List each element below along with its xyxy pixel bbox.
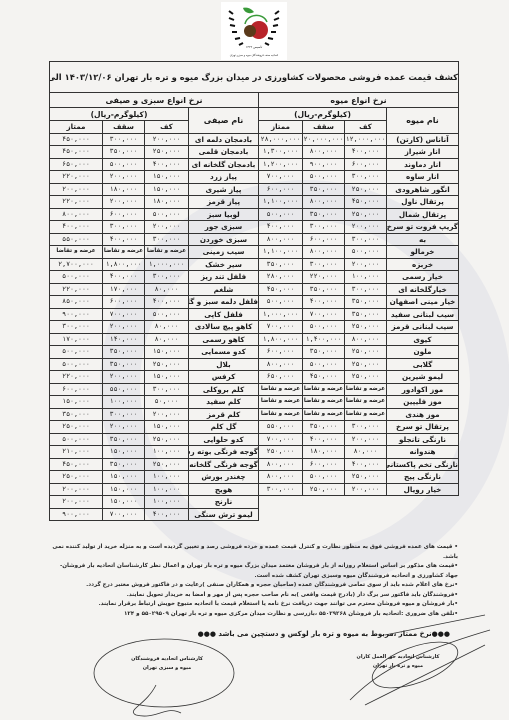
fruit-name-cell: خرمالو — [387, 246, 459, 259]
table-row: موز فلیپینعرضه و تقاضاعرضه و تقاضاعرضه و… — [50, 396, 459, 409]
table-row: پرتقال ناول۴۵۰,۰۰۰۸۰۰,۰۰۰۱,۱۰۰,۰۰۰پیاز ق… — [50, 196, 459, 209]
fruit-name-cell: گریپ فروت تو سرخ — [387, 221, 459, 234]
footnote-line: •نرخ های اعلام شده باید از سوی تمامی فرو… — [48, 581, 458, 591]
fruit-min-cell: ۲۰۰,۰۰۰ — [345, 258, 387, 271]
veg-max-cell: ۶۰۰,۰۰۰ — [103, 296, 145, 309]
fruit-premium-cell: ۸۰۰,۰۰۰ — [259, 233, 303, 246]
fruit-min-cell: ۳۰۰,۰۰۰ — [345, 171, 387, 184]
veg-name-cell: بادمجان قلمی — [189, 146, 259, 159]
fruit-min-cell: ۲۵۰,۰۰۰ — [345, 471, 387, 484]
fruit-min-cell: ۴۵۰,۰۰۰ — [345, 196, 387, 209]
veg-min-cell: ۲۵۰,۰۰۰ — [145, 458, 189, 471]
veg-min-cell: ۳۰۰,۰۰۰ — [145, 233, 189, 246]
veg-max-cell: ۴۰۰,۰۰۰ — [103, 233, 145, 246]
veg-name-cell: گوجه فرنگی بوته رس — [189, 446, 259, 459]
table-row: آناناس (کارتن)۱۲,۰۰۰,۰۰۰۲۰,۰۰۰,۰۰۰۲۸,۰۰۰… — [50, 133, 459, 146]
fruit-premium-cell: ۶۵۰,۰۰۰ — [259, 371, 303, 384]
footnote-line: • قیمت های عمده فروشی فوق به منظور نظارت… — [48, 543, 458, 562]
veg-name-cell: کلم قرمز — [189, 408, 259, 421]
veg-premium-cell: ۲۲۰,۰۰۰ — [50, 196, 103, 209]
table-row: خرمالو۵۰۰,۰۰۰۸۰۰,۰۰۰۱,۱۰۰,۰۰۰سیب زمینیعر… — [50, 246, 459, 259]
footnote-line: •فروشندگان باید فاکتور سر برگ دار (بادرج… — [48, 591, 458, 601]
veg-col-max: سقف — [103, 121, 145, 134]
veg-name-cell: پیاز زرد — [189, 171, 259, 184]
fruit-name-cell: آناناس (کارتن) — [387, 133, 459, 146]
veg-min-cell: ۸۰,۰۰۰ — [145, 333, 189, 346]
table-row: خربزه۲۰۰,۰۰۰۳۰۰,۰۰۰۳۵۰,۰۰۰سیر خشک۱,۰۰۰,۰… — [50, 258, 459, 271]
veg-max-cell: ۵۵۰,۰۰۰ — [103, 383, 145, 396]
fruit-name-cell: موز فلیپین — [387, 396, 459, 409]
veg-name-cell: پیاز قرمز — [189, 196, 259, 209]
fruit-name-cell: ملون — [387, 346, 459, 359]
page-title: کشف قیمت عمده فروشی محصولات کشاورزی در م… — [50, 62, 459, 93]
veg-premium-cell: ۲۲۰,۰۰۰ — [50, 283, 103, 296]
fruit-premium-cell: ۵۵۰,۰۰۰ — [259, 421, 303, 434]
fruit-premium-cell: عرضه و تقاضا — [259, 396, 303, 409]
veg-name-cell: هویج — [189, 483, 259, 496]
veg-max-cell: ۷۰۰,۰۰۰ — [103, 508, 145, 521]
fruit-premium-cell: عرضه و تقاضا — [259, 408, 303, 421]
footnote-line: •تلفن های ضروری :اتحادیه بار فروشان ۵۵۰۲… — [48, 610, 458, 620]
fruit-premium-cell: ۱,۸۰۰,۰۰۰ — [259, 333, 303, 346]
veg-premium-cell: ۵۰۰,۰۰۰ — [50, 271, 103, 284]
veg-premium-cell: ۴۰۰,۰۰۰ — [50, 221, 103, 234]
table-row: کیوی۸۰۰,۰۰۰۱,۴۰۰,۰۰۰۱,۸۰۰,۰۰۰کاهو رسمی۸۰… — [50, 333, 459, 346]
fruit-max-cell: ۳۵۰,۰۰۰ — [303, 346, 345, 359]
fruit-max-cell: ۵۰۰,۰۰۰ — [303, 358, 345, 371]
empty-cell — [303, 496, 345, 509]
veg-max-cell: ۲۰۰,۰۰۰ — [103, 421, 145, 434]
veg-name-cell: سیر خشک — [189, 258, 259, 271]
fruit-name-cell: انار ساوه — [387, 171, 459, 184]
veg-name-cell: بادمجان دلمه ای — [189, 133, 259, 146]
fruit-max-cell: ۲۰,۰۰۰,۰۰۰ — [303, 133, 345, 146]
fruit-name-cell: انار دماوند — [387, 158, 459, 171]
veg-premium-cell: ۲۵۰,۰۰۰ — [50, 471, 103, 484]
fruit-premium-cell: ۷۰۰,۰۰۰ — [259, 171, 303, 184]
table-row: گریپ فروت تو سرخ۲۰۰,۰۰۰۳۰۰,۰۰۰۴۰۰,۰۰۰سبز… — [50, 221, 459, 234]
fruit-premium-cell: ۳۵۰,۰۰۰ — [259, 258, 303, 271]
fruit-name-cell: موز اکوادور — [387, 383, 459, 396]
veg-section-header: نرخ انواع سبزی و صیفی — [50, 93, 259, 108]
union-logo: تاسیس ۱۳۲۲ اتحادیه صنف فروشندگان میوه و … — [221, 2, 287, 60]
veg-premium-cell: ۲۱۰,۰۰۰ — [50, 446, 103, 459]
fruit-max-cell: عرضه و تقاضا — [303, 396, 345, 409]
fruit-name-cell: هندوانه — [387, 446, 459, 459]
table-row: انار ساوه۳۰۰,۰۰۰۵۰۰,۰۰۰۷۰۰,۰۰۰پیاز زرد۱۵… — [50, 171, 459, 184]
fruit-min-cell: ۳۰۰,۰۰۰ — [345, 283, 387, 296]
empty-cell — [345, 496, 387, 509]
fruit-max-cell: ۸۰۰,۰۰۰ — [303, 146, 345, 159]
veg-premium-cell: ۴۵۰,۰۰۰ — [50, 458, 103, 471]
fruit-name-cell: انار شیراز — [387, 146, 459, 159]
veg-max-cell: ۶۰۰,۰۰۰ — [103, 208, 145, 221]
veg-min-cell: ۳۰۰,۰۰۰ — [145, 383, 189, 396]
fruit-max-cell: عرضه و تقاضا — [303, 408, 345, 421]
veg-name-cell: گل کلم — [189, 421, 259, 434]
veg-name-cell: لوبیا سبز — [189, 208, 259, 221]
veg-premium-cell: عرضه و تقاضا — [50, 246, 103, 259]
veg-premium-cell: ۲۲۰,۰۰۰ — [50, 171, 103, 184]
veg-min-cell: ۲۵۰,۰۰۰ — [145, 358, 189, 371]
veg-col-premium: ممتاز — [50, 121, 103, 134]
veg-max-cell: ۳۵۰,۰۰۰ — [103, 433, 145, 446]
table-row: سیب لبنانی سفید۳۵۰,۰۰۰۷۰۰,۰۰۰۱,۰۰۰,۰۰۰فل… — [50, 308, 459, 321]
veg-max-cell: ۴۰۰,۰۰۰ — [103, 271, 145, 284]
fruit-max-cell: ۳۵۰,۰۰۰ — [303, 208, 345, 221]
fruit-min-cell: ۸۰۰,۰۰۰ — [345, 333, 387, 346]
veg-max-cell: ۲۰۰,۰۰۰ — [103, 371, 145, 384]
fruit-max-cell: ۵۰۰,۰۰۰ — [303, 471, 345, 484]
fruit-min-cell: ۲۰۰,۰۰۰ — [345, 433, 387, 446]
veg-max-cell: ۳۰۰,۰۰۰ — [103, 408, 145, 421]
fruit-max-cell: ۸۰۰,۰۰۰ — [303, 246, 345, 259]
fruit-name-cell: سیب لبنانی سفید — [387, 308, 459, 321]
veg-premium-cell: ۶۵۰,۰۰۰ — [50, 158, 103, 171]
fruit-unit-header: (کیلوگرم-ریال) — [259, 108, 387, 121]
fruit-section-header: نرخ انواع میوه — [259, 93, 459, 108]
veg-max-cell: ۵۰۰,۰۰۰ — [103, 158, 145, 171]
fruit-max-cell: ۳۰۰,۰۰۰ — [303, 258, 345, 271]
table-row: خیار رویال۲۰۰,۰۰۰۲۵۰,۰۰۰۳۰۰,۰۰۰هویج۱۰۰,۰… — [50, 483, 459, 496]
fruit-name-cell: خیار مینی اصفهان — [387, 296, 459, 309]
veg-min-cell: ۵۰۰,۰۰۰ — [145, 308, 189, 321]
veg-min-cell: ۸۰,۰۰۰ — [145, 283, 189, 296]
fruit-col-max: سقف — [303, 121, 345, 134]
veg-max-cell: ۱۵۰,۰۰۰ — [103, 483, 145, 496]
veg-min-cell: عرضه و تقاضا — [145, 246, 189, 259]
veg-name-cell: فلفل کاپی — [189, 308, 259, 321]
veg-premium-cell: ۵۰۰,۰۰۰ — [50, 346, 103, 359]
fruit-min-cell: ۲۵۰,۰۰۰ — [345, 358, 387, 371]
veg-min-cell: ۵۰,۰۰۰ — [145, 396, 189, 409]
fruit-min-cell: ۲۵۰,۰۰۰ — [345, 208, 387, 221]
fruit-name-cell: سیب لبنانی قرمز — [387, 321, 459, 334]
veg-min-cell: ۱۸۰,۰۰۰ — [145, 196, 189, 209]
fruit-name-cell: به — [387, 233, 459, 246]
table-row: گلابی۲۵۰,۰۰۰۵۰۰,۰۰۰۸۰۰,۰۰۰بلال۲۵۰,۰۰۰۳۵۰… — [50, 358, 459, 371]
veg-min-cell: ۱۵۰,۰۰۰ — [145, 371, 189, 384]
veg-premium-cell: ۲۰۰,۰۰۰ — [50, 496, 103, 509]
fruit-min-cell: ۲۵۰,۰۰۰ — [345, 321, 387, 334]
fruit-max-cell: ۸۰۰,۰۰۰ — [303, 196, 345, 209]
table-row: انار دماوند۶۰۰,۰۰۰۹۰۰,۰۰۰۱,۲۰۰,۰۰۰بادمجا… — [50, 158, 459, 171]
fruit-premium-cell: ۱,۱۰۰,۰۰۰ — [259, 196, 303, 209]
veg-premium-cell: ۲۲۰,۰۰۰ — [50, 371, 103, 384]
veg-min-cell: ۲۰۰,۰۰۰ — [145, 408, 189, 421]
table-row: ملون۲۵۰,۰۰۰۳۵۰,۰۰۰۶۰۰,۰۰۰کدو مسمایی۱۵۰,۰… — [50, 346, 459, 359]
veg-name-cell: لیمو ترش سنگی — [189, 508, 259, 521]
fruit-name-cell: پرتقال تو سرخ — [387, 421, 459, 434]
fruit-premium-cell: ۱,۰۰۰,۰۰۰ — [259, 308, 303, 321]
veg-min-cell: ۲۵۰,۰۰۰ — [145, 433, 189, 446]
veg-min-cell: ۱۵۰,۰۰۰ — [145, 183, 189, 196]
veg-max-cell: ۱,۸۰۰,۰۰۰ — [103, 258, 145, 271]
fruit-max-cell: ۶۰۰,۰۰۰ — [303, 458, 345, 471]
fruit-name-cell: کیوی — [387, 333, 459, 346]
fruit-premium-cell: ۶۰۰,۰۰۰ — [259, 346, 303, 359]
veg-name-cell: کلم بروکلی — [189, 383, 259, 396]
fruit-name-cell: خربزه — [387, 258, 459, 271]
fruit-min-cell: ۲۰۰,۰۰۰ — [345, 483, 387, 496]
veg-min-cell: ۲۰۰,۰۰۰ — [145, 221, 189, 234]
table-row: خیار رسمی۱۰۰,۰۰۰۲۲۰,۰۰۰۲۸۰,۰۰۰فلفل تند ر… — [50, 271, 459, 284]
veg-min-cell: ۱۵۰,۰۰۰ — [145, 346, 189, 359]
fruit-min-cell: ۴۰۰,۰۰۰ — [345, 146, 387, 159]
fruit-min-cell: ۶۰۰,۰۰۰ — [345, 158, 387, 171]
fruit-name-cell: خیار رسمی — [387, 271, 459, 284]
veg-min-cell: ۲۰۰,۰۰۰ — [145, 133, 189, 146]
fruit-min-cell: ۸۰,۰۰۰ — [345, 446, 387, 459]
veg-min-cell: ۱۵۰,۰۰۰ — [145, 171, 189, 184]
veg-premium-cell: ۸۰۰,۰۰۰ — [50, 208, 103, 221]
veg-max-cell: ۳۰۰,۰۰۰ — [103, 221, 145, 234]
fruit-premium-cell: ۴۰۰,۰۰۰ — [259, 221, 303, 234]
table-row: موز اکوادورعرضه و تقاضاعرضه و تقاضاعرضه … — [50, 383, 459, 396]
fruit-min-cell: ۲۵۰,۰۰۰ — [345, 371, 387, 384]
veg-max-cell: ۲۰۰,۰۰۰ — [103, 171, 145, 184]
fruit-min-cell: ۲۵۰,۰۰۰ — [345, 183, 387, 196]
fruit-name-column-header: نام میوه — [387, 108, 459, 134]
fruit-name-cell: انگور شاهرودی — [387, 183, 459, 196]
signature-stamp-left-icon — [86, 635, 246, 720]
veg-premium-cell: ۴۵۰,۰۰۰ — [50, 133, 103, 146]
empty-cell — [387, 496, 459, 509]
veg-name-cell: کاهو پیچ سالادی — [189, 321, 259, 334]
fruit-min-cell: ۵۰۰,۰۰۰ — [345, 246, 387, 259]
table-row: سیب لبنانی قرمز۲۵۰,۰۰۰۵۰۰,۰۰۰۷۰۰,۰۰۰کاهو… — [50, 321, 459, 334]
fruit-min-cell: عرضه و تقاضا — [345, 396, 387, 409]
veg-premium-cell: ۲,۷۰۰,۰۰۰ — [50, 258, 103, 271]
veg-name-cell: بلال — [189, 358, 259, 371]
fruit-max-cell: ۳۰۰,۰۰۰ — [303, 221, 345, 234]
fruit-premium-cell: ۶۰۰,۰۰۰ — [259, 183, 303, 196]
fruit-max-cell: ۱,۴۰۰,۰۰۰ — [303, 333, 345, 346]
veg-premium-cell: ۱۷۰,۰۰۰ — [50, 333, 103, 346]
veg-premium-cell: ۹۰۰,۰۰۰ — [50, 508, 103, 521]
veg-premium-cell: ۱۵۰,۰۰۰ — [50, 396, 103, 409]
table-row: خیارگلخانه ای۳۰۰,۰۰۰۳۵۰,۰۰۰۴۵۰,۰۰۰شلغم۸۰… — [50, 283, 459, 296]
veg-max-cell: ۱۵۰,۰۰۰ — [103, 471, 145, 484]
veg-min-cell: ۱,۰۰۰,۰۰۰ — [145, 258, 189, 271]
table-row: هندوانه۸۰,۰۰۰۱۸۰,۰۰۰۲۵۰,۰۰۰گوجه فرنگی بو… — [50, 446, 459, 459]
veg-premium-cell: ۵۰۰,۰۰۰ — [50, 433, 103, 446]
fruit-name-cell: پرتقال ناول — [387, 196, 459, 209]
fruit-max-cell: ۳۵۰,۰۰۰ — [303, 183, 345, 196]
empty-cell — [387, 508, 459, 521]
fruit-max-cell: ۳۵۰,۰۰۰ — [303, 283, 345, 296]
veg-premium-cell: ۲۰۰,۰۰۰ — [50, 183, 103, 196]
empty-cell — [345, 508, 387, 521]
fruit-min-cell: عرضه و تقاضا — [345, 383, 387, 396]
veg-max-cell: ۱۰۰,۰۰۰ — [103, 396, 145, 409]
veg-name-cell: کرفس — [189, 371, 259, 384]
table-row: خیار مینی اصفهان۳۵۰,۰۰۰۴۰۰,۰۰۰۵۰۰,۰۰۰فلف… — [50, 296, 459, 309]
veg-min-cell: ۲۵۰,۰۰۰ — [145, 146, 189, 159]
veg-min-cell: ۱۵۰,۰۰۰ — [145, 421, 189, 434]
fruit-max-cell: ۲۵۰,۰۰۰ — [303, 483, 345, 496]
veg-premium-cell: ۲۵۰,۰۰۰ — [50, 421, 103, 434]
fruit-premium-cell: ۲۵۰,۰۰۰ — [259, 446, 303, 459]
table-row: نارنگی پیج۲۵۰,۰۰۰۵۰۰,۰۰۰۸۰۰,۰۰۰چغندر بور… — [50, 471, 459, 484]
fruit-min-cell: ۴۰۰,۰۰۰ — [345, 458, 387, 471]
fruit-name-cell: خیارگلخانه ای — [387, 283, 459, 296]
veg-premium-cell: ۵۰۰,۰۰۰ — [50, 358, 103, 371]
veg-max-cell: ۱۸۰,۰۰۰ — [103, 183, 145, 196]
veg-unit-header: (کیلوگرم-ریال) — [50, 108, 189, 121]
veg-name-cell: سبزی جور — [189, 221, 259, 234]
veg-name-cell: بادمجان گلخانه ای — [189, 158, 259, 171]
fruit-name-cell: لیمو شیرین — [387, 371, 459, 384]
veg-max-cell: ۳۵۰,۰۰۰ — [103, 346, 145, 359]
fruit-min-cell: ۲۵۰,۰۰۰ — [345, 346, 387, 359]
veg-premium-cell: ۳۰۰,۰۰۰ — [50, 321, 103, 334]
veg-name-cell: نارنج — [189, 496, 259, 509]
veg-max-cell: ۱۴۰,۰۰۰ — [103, 333, 145, 346]
fruit-max-cell: ۳۵۰,۰۰۰ — [303, 421, 345, 434]
veg-max-cell: عرضه و تقاضا — [103, 246, 145, 259]
veg-max-cell: ۳۰۰,۰۰۰ — [103, 133, 145, 146]
veg-name-cell: سیب زمینی — [189, 246, 259, 259]
veg-name-cell: کدو مسمایی — [189, 346, 259, 359]
fruit-min-cell: ۳۵۰,۰۰۰ — [345, 296, 387, 309]
veg-name-cell: شلغم — [189, 283, 259, 296]
table-row: پرتقال شمال۲۵۰,۰۰۰۳۵۰,۰۰۰۵۰۰,۰۰۰لوبیا سب… — [50, 208, 459, 221]
veg-min-cell: ۱۰۰,۰۰۰ — [145, 446, 189, 459]
fruit-max-cell: ۴۵۰,۰۰۰ — [303, 371, 345, 384]
fruit-name-cell: نارنگی تانجلو — [387, 433, 459, 446]
veg-max-cell: ۷۰۰,۰۰۰ — [103, 308, 145, 321]
price-table: کشف قیمت عمده فروشی محصولات کشاورزی در م… — [49, 61, 459, 521]
veg-max-cell: ۳۵۰,۰۰۰ — [103, 458, 145, 471]
table-row: نارنگی تخم پاکستانی۴۰۰,۰۰۰۶۰۰,۰۰۰۸۰۰,۰۰۰… — [50, 458, 459, 471]
veg-name-cell: کلم سفید — [189, 396, 259, 409]
fruit-premium-cell: ۸۰۰,۰۰۰ — [259, 358, 303, 371]
veg-min-cell: ۴۰۰,۰۰۰ — [145, 296, 189, 309]
empty-cell — [303, 508, 345, 521]
laurel-fruit-logo-icon: تاسیس ۱۳۲۲ اتحادیه صنف فروشندگان میوه و … — [221, 2, 287, 60]
veg-name-cell: فلفل تند ریز — [189, 271, 259, 284]
veg-name-cell: فلفل دلمه سبز و گلخانه — [189, 296, 259, 309]
fruit-min-cell: ۳۰۰,۰۰۰ — [345, 421, 387, 434]
footnotes: • قیمت های عمده فروشی فوق به منظور نظارت… — [48, 543, 458, 619]
svg-text:تاسیس ۱۳۲۲: تاسیس ۱۳۲۲ — [246, 45, 263, 49]
veg-min-cell: ۴۰۰,۰۰۰ — [145, 508, 189, 521]
fruit-max-cell: ۱۸۰,۰۰۰ — [303, 446, 345, 459]
veg-premium-cell: ۶۰۰,۰۰۰ — [50, 383, 103, 396]
table-row: موز هندیعرضه و تقاضاعرضه و تقاضاعرضه و ت… — [50, 408, 459, 421]
veg-min-cell: ۳۰۰,۰۰۰ — [145, 271, 189, 284]
veg-min-cell: ۱۰۰,۰۰۰ — [145, 471, 189, 484]
signature-left: کارشناس اتحادیه فروشندگان میوه و سبزی ته… — [92, 655, 242, 673]
veg-max-cell: ۲۰۰,۰۰۰ — [103, 196, 145, 209]
veg-premium-cell: ۹۰۰,۰۰۰ — [50, 308, 103, 321]
fruit-max-cell: عرضه و تقاضا — [303, 383, 345, 396]
fruit-min-cell: ۳۰۰,۰۰۰ — [345, 233, 387, 246]
veg-max-cell: ۳۵۰,۰۰۰ — [103, 146, 145, 159]
table-row: به۳۰۰,۰۰۰۶۰۰,۰۰۰۸۰۰,۰۰۰سبزی خوردن۳۰۰,۰۰۰… — [50, 233, 459, 246]
fruit-name-cell: موز هندی — [387, 408, 459, 421]
fruit-name-cell: نارنگی پیج — [387, 471, 459, 484]
fruit-premium-cell: ۴۵۰,۰۰۰ — [259, 283, 303, 296]
table-row: نارنج۱۰۰,۰۰۰۱۵۰,۰۰۰۲۰۰,۰۰۰ — [50, 496, 459, 509]
fruit-premium-cell: ۷۰۰,۰۰۰ — [259, 433, 303, 446]
fruit-max-cell: ۹۰۰,۰۰۰ — [303, 158, 345, 171]
fruit-max-cell: ۵۰۰,۰۰۰ — [303, 321, 345, 334]
empty-cell — [259, 508, 303, 521]
fruit-min-cell: ۳۵۰,۰۰۰ — [345, 308, 387, 321]
fruit-premium-cell: عرضه و تقاضا — [259, 383, 303, 396]
fruit-premium-cell: ۵۰۰,۰۰۰ — [259, 296, 303, 309]
veg-premium-cell: ۳۵۰,۰۰۰ — [50, 408, 103, 421]
veg-premium-cell: ۸۵۰,۰۰۰ — [50, 296, 103, 309]
veg-name-cell: گوجه فرنگی گلخانه — [189, 458, 259, 471]
signature-right: کارشناس اتحادیه حق العمل کاران میوه و تر… — [338, 653, 458, 671]
fruit-premium-cell: ۸۰۰,۰۰۰ — [259, 471, 303, 484]
empty-cell — [259, 496, 303, 509]
svg-text:اتحادیه صنف فروشندگان میوه و س: اتحادیه صنف فروشندگان میوه و سبزی تهران — [230, 53, 279, 57]
table-row: پرتقال تو سرخ۳۰۰,۰۰۰۳۵۰,۰۰۰۵۵۰,۰۰۰گل کلم… — [50, 421, 459, 434]
veg-name-cell: کدو حلوایی — [189, 433, 259, 446]
fruit-name-cell: پرتقال شمال — [387, 208, 459, 221]
fruit-name-cell: نارنگی تخم پاکستانی — [387, 458, 459, 471]
fruit-min-cell: ۱۲,۰۰۰,۰۰۰ — [345, 133, 387, 146]
veg-premium-cell: ۵۵۰,۰۰۰ — [50, 233, 103, 246]
table-row: لیمو شیرین۲۵۰,۰۰۰۴۵۰,۰۰۰۶۵۰,۰۰۰کرفس۱۵۰,۰… — [50, 371, 459, 384]
veg-max-cell: ۱۵۰,۰۰۰ — [103, 446, 145, 459]
fruit-col-premium: ممتاز — [259, 121, 303, 134]
veg-max-cell: ۱۷۰,۰۰۰ — [103, 283, 145, 296]
fruit-name-cell: خیار رویال — [387, 483, 459, 496]
footnote-line: •قیمت های مذکور بر اساس استعلام روزانه ا… — [48, 562, 458, 581]
fruit-premium-cell: ۵۰۰,۰۰۰ — [259, 208, 303, 221]
veg-min-cell: ۱۰۰,۰۰۰ — [145, 483, 189, 496]
veg-name-cell: پیاز شیری — [189, 183, 259, 196]
fruit-max-cell: ۲۲۰,۰۰۰ — [303, 271, 345, 284]
premium-note: ●●●نرخ ممتاز ،مربوط به میوه و تره بار لو… — [150, 630, 450, 638]
veg-col-min: کف — [145, 121, 189, 134]
veg-min-cell: ۵۰۰,۰۰۰ — [145, 208, 189, 221]
veg-max-cell: ۳۵۰,۰۰۰ — [103, 358, 145, 371]
fruit-min-cell: عرضه و تقاضا — [345, 408, 387, 421]
fruit-name-cell: گلابی — [387, 358, 459, 371]
fruit-premium-cell: ۸۰۰,۰۰۰ — [259, 458, 303, 471]
fruit-premium-cell: ۱,۳۰۰,۰۰۰ — [259, 146, 303, 159]
fruit-premium-cell: ۱,۱۰۰,۰۰۰ — [259, 246, 303, 259]
table-row: نارنگی تانجلو۲۰۰,۰۰۰۴۰۰,۰۰۰۷۰۰,۰۰۰کدو حل… — [50, 433, 459, 446]
veg-premium-cell: ۴۵۰,۰۰۰ — [50, 146, 103, 159]
table-row: لیمو ترش سنگی۴۰۰,۰۰۰۷۰۰,۰۰۰۹۰۰,۰۰۰ — [50, 508, 459, 521]
fruit-min-cell: ۱۰۰,۰۰۰ — [345, 271, 387, 284]
veg-max-cell: ۲۰۰,۰۰۰ — [103, 321, 145, 334]
veg-name-cell: چغندر بورش — [189, 471, 259, 484]
fruit-max-cell: ۴۰۰,۰۰۰ — [303, 296, 345, 309]
veg-name-cell: سبزی خوردن — [189, 233, 259, 246]
fruit-max-cell: ۵۰۰,۰۰۰ — [303, 171, 345, 184]
table-row: انگور شاهرودی۲۵۰,۰۰۰۳۵۰,۰۰۰۶۰۰,۰۰۰پیاز ش… — [50, 183, 459, 196]
veg-min-cell: ۸۰,۰۰۰ — [145, 321, 189, 334]
veg-min-cell: ۱۰۰,۰۰۰ — [145, 496, 189, 509]
fruit-min-cell: ۲۰۰,۰۰۰ — [345, 221, 387, 234]
fruit-premium-cell: ۲۸,۰۰۰,۰۰۰ — [259, 133, 303, 146]
fruit-max-cell: ۴۰۰,۰۰۰ — [303, 433, 345, 446]
fruit-premium-cell: ۲۸۰,۰۰۰ — [259, 271, 303, 284]
footnote-line: •بار فروشان و میوه فروشان محترم می توانن… — [48, 600, 458, 610]
fruit-premium-cell: ۷۰۰,۰۰۰ — [259, 321, 303, 334]
fruit-max-cell: ۷۰۰,۰۰۰ — [303, 308, 345, 321]
veg-premium-cell: ۲۰۰,۰۰۰ — [50, 483, 103, 496]
fruit-premium-cell: ۳۰۰,۰۰۰ — [259, 483, 303, 496]
